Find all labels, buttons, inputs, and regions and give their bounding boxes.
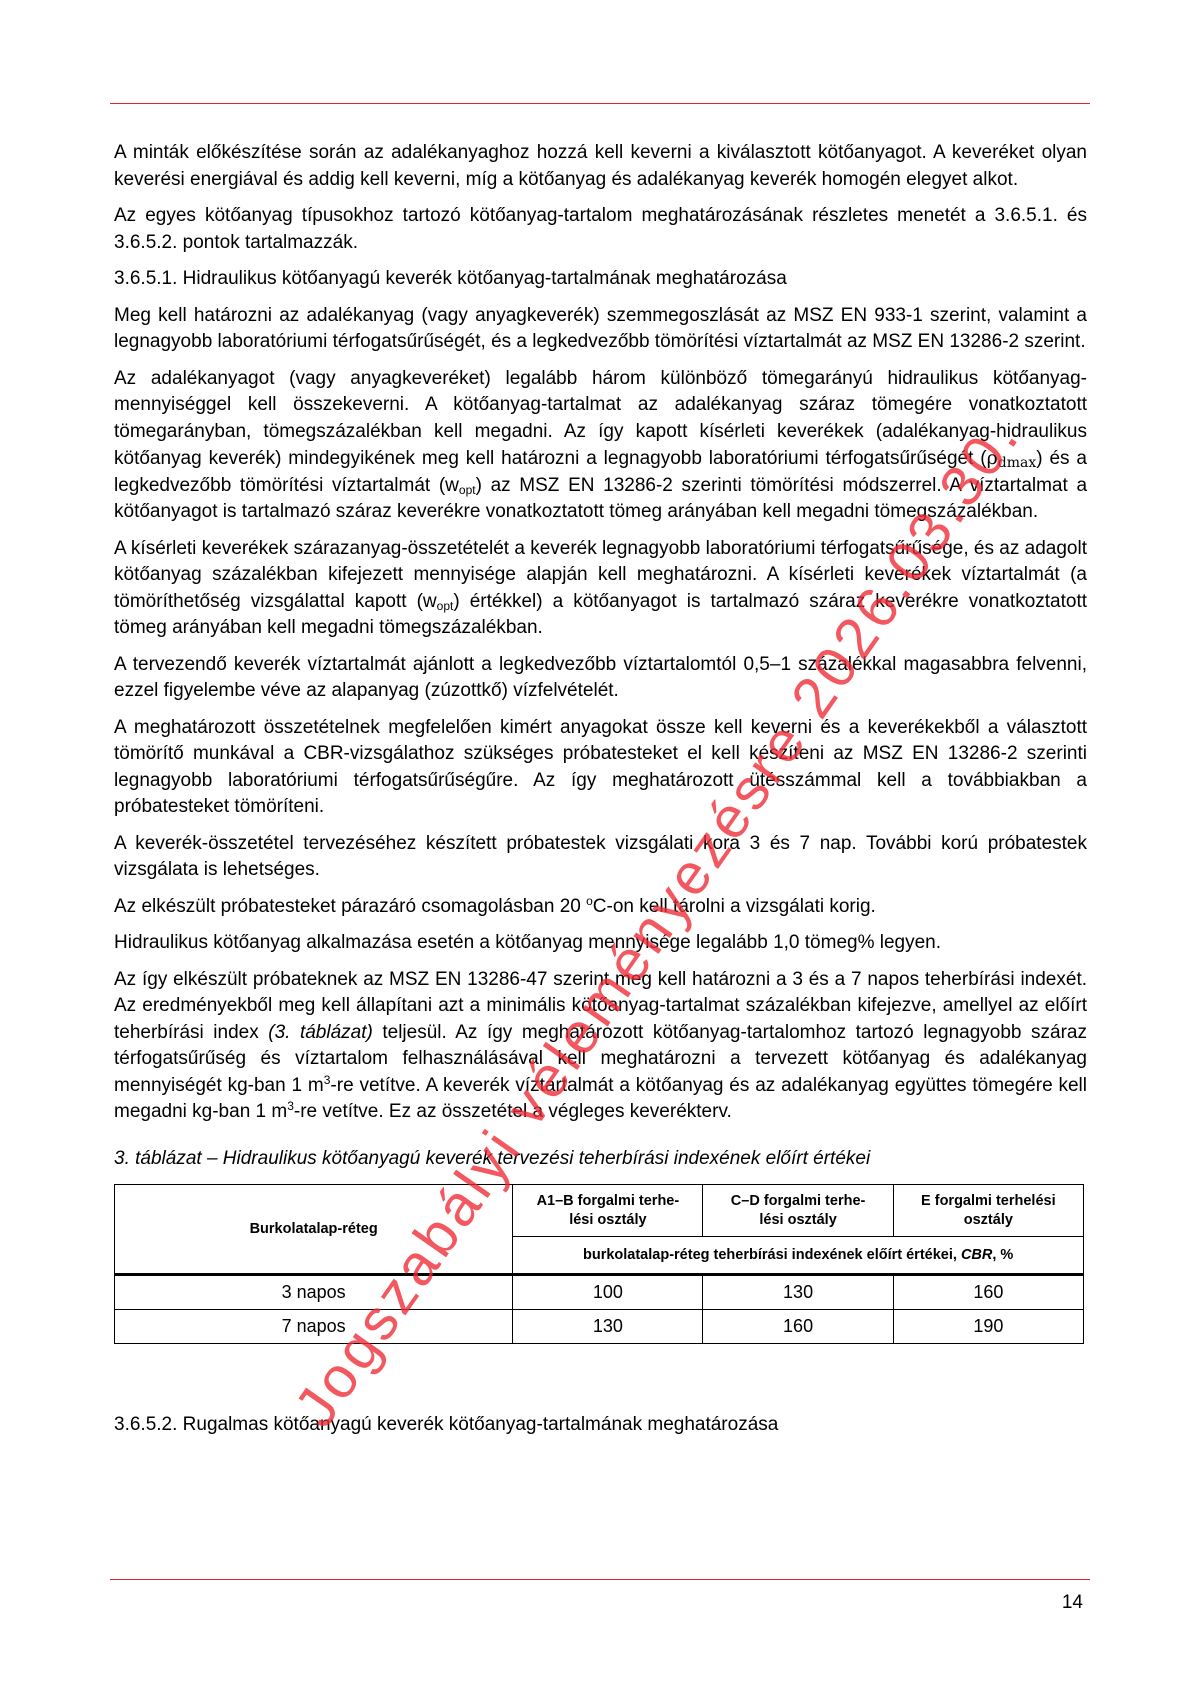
cell-value: 160: [893, 1275, 1083, 1310]
paragraph: Az elkészült próbatesteket párazáró csom…: [114, 894, 1087, 921]
paragraph: Az így elkészült próbateknek az MSZ EN 1…: [114, 967, 1087, 1126]
cell-value: 130: [513, 1310, 703, 1344]
paragraph: Az egyes kötőanyag típusokhoz tartozó kö…: [114, 203, 1087, 256]
paragraph: Hidraulikus kötőanyag alkalmazása esetén…: [114, 930, 1087, 957]
page-content: A minták előkészítése során az adalékany…: [114, 140, 1087, 1449]
paragraph: Az adalékanyagot (vagy anyagkeveréket) l…: [114, 366, 1087, 526]
column-header: C–D forgalmi terhe-lési osztály: [703, 1185, 893, 1237]
section-heading-3-6-5-1: 3.6.5.1. Hidraulikus kötőanyagú keverék …: [114, 266, 1087, 293]
paragraph: A minták előkészítése során az adalékany…: [114, 140, 1087, 193]
page-number: 14: [1062, 1592, 1083, 1614]
column-header: A1–B forgalmi terhe-lési osztály: [513, 1185, 703, 1237]
table-3: Burkolatalap-réteg A1–B forgalmi terhe-l…: [114, 1184, 1084, 1344]
table-row: 3 napos 100 130 160: [115, 1275, 1084, 1310]
table-caption: 3. táblázat – Hidraulikus kötőanyagú kev…: [114, 1146, 1087, 1173]
row-label: 7 napos: [115, 1310, 513, 1344]
table-row: 7 napos 130 160 190: [115, 1310, 1084, 1344]
row-label: 3 napos: [115, 1275, 513, 1310]
paragraph: A kísérleti keverékek szárazanyag-összet…: [114, 536, 1087, 642]
header-rule: [110, 103, 1090, 104]
paragraph: A meghatározott összetételnek megfelelőe…: [114, 715, 1087, 821]
footer-rule: [110, 1579, 1090, 1580]
paragraph: A keverék-összetétel tervezéséhez készít…: [114, 831, 1087, 884]
cell-value: 100: [513, 1275, 703, 1310]
cell-value: 130: [703, 1275, 893, 1310]
table-reference: (3. táblázat): [268, 1022, 373, 1043]
paragraph: Meg kell határozni az adalékanyag (vagy …: [114, 303, 1087, 356]
table-subheader: burkolatalap-réteg teherbírási indexének…: [513, 1237, 1084, 1275]
paragraph: A tervezendő keverék víztartalmát ajánlo…: [114, 652, 1087, 705]
cell-value: 190: [893, 1310, 1083, 1344]
row-header-label: Burkolatalap-réteg: [115, 1185, 513, 1275]
section-heading-3-6-5-2: 3.6.5.2. Rugalmas kötőanyagú keverék köt…: [114, 1412, 1087, 1439]
cell-value: 160: [703, 1310, 893, 1344]
column-header: E forgalmi terhelésiosztály: [893, 1185, 1083, 1237]
rho-symbol: ρdmax: [987, 447, 1037, 469]
